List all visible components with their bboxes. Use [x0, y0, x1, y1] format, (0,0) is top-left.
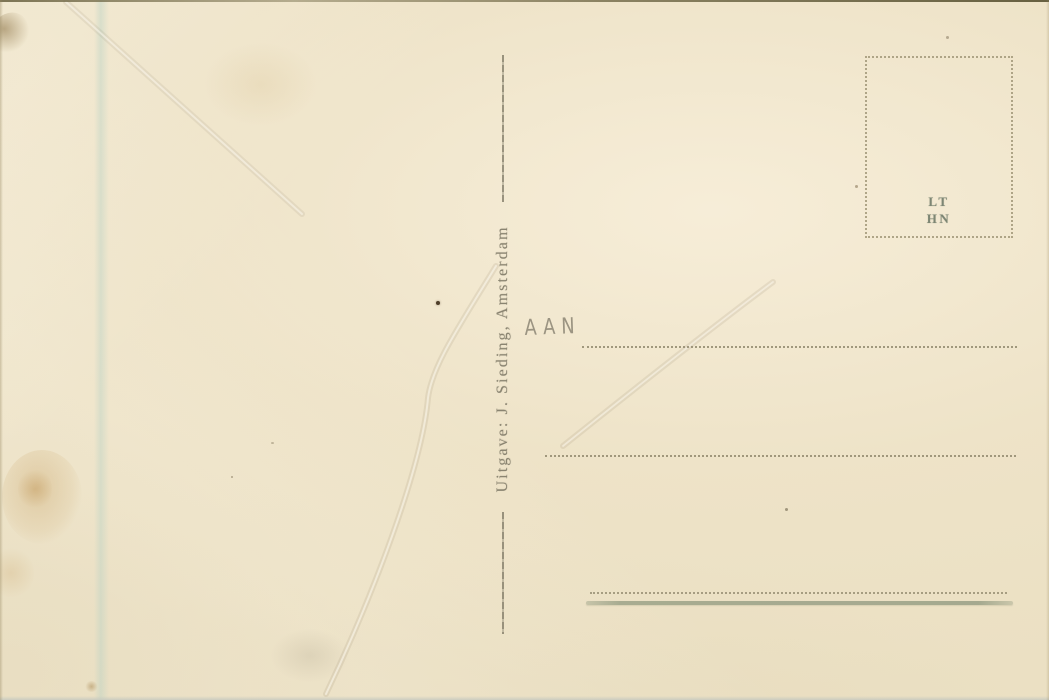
foxing-stain — [203, 42, 318, 127]
handwritten-recipient-prefix: AAN — [524, 313, 581, 340]
footer-solid-rule — [586, 601, 1013, 605]
ink-speck — [855, 185, 858, 188]
corner-wear-stain — [0, 6, 37, 62]
ink-speck — [231, 476, 233, 478]
foxing-stain — [2, 450, 82, 544]
postcard-back-scan: Uitgave: J. Sieding, Amsterdam AAN LT HN — [0, 0, 1049, 700]
card-left-edge — [0, 0, 3, 700]
stamp-box-printer-marks: LT HN — [867, 193, 1011, 228]
publisher-imprint: Uitgave: J. Sieding, Amsterdam — [491, 206, 515, 512]
card-bottom-edge — [0, 696, 1049, 700]
divider-rule-lower — [502, 512, 504, 634]
address-line-2 — [545, 455, 1016, 457]
address-line-1 — [582, 346, 1017, 348]
paper-fiber-band — [94, 0, 109, 700]
foxing-stain — [0, 546, 34, 600]
ink-speck — [436, 301, 440, 305]
stamp-mark-line1: LT — [867, 193, 1011, 211]
ink-speck — [946, 36, 949, 39]
stamp-mark-line2: HN — [867, 210, 1011, 228]
foxing-stain — [18, 468, 52, 510]
ink-speck — [785, 508, 788, 511]
publisher-imprint-text: Uitgave: J. Sieding, Amsterdam — [494, 226, 512, 493]
smudge-stain — [270, 628, 350, 683]
divider-rule-upper — [502, 55, 504, 202]
stamp-box: LT HN — [865, 56, 1013, 238]
card-top-edge — [0, 0, 1049, 2]
footer-dotted-rule — [590, 592, 1007, 594]
ink-speck — [271, 442, 274, 444]
